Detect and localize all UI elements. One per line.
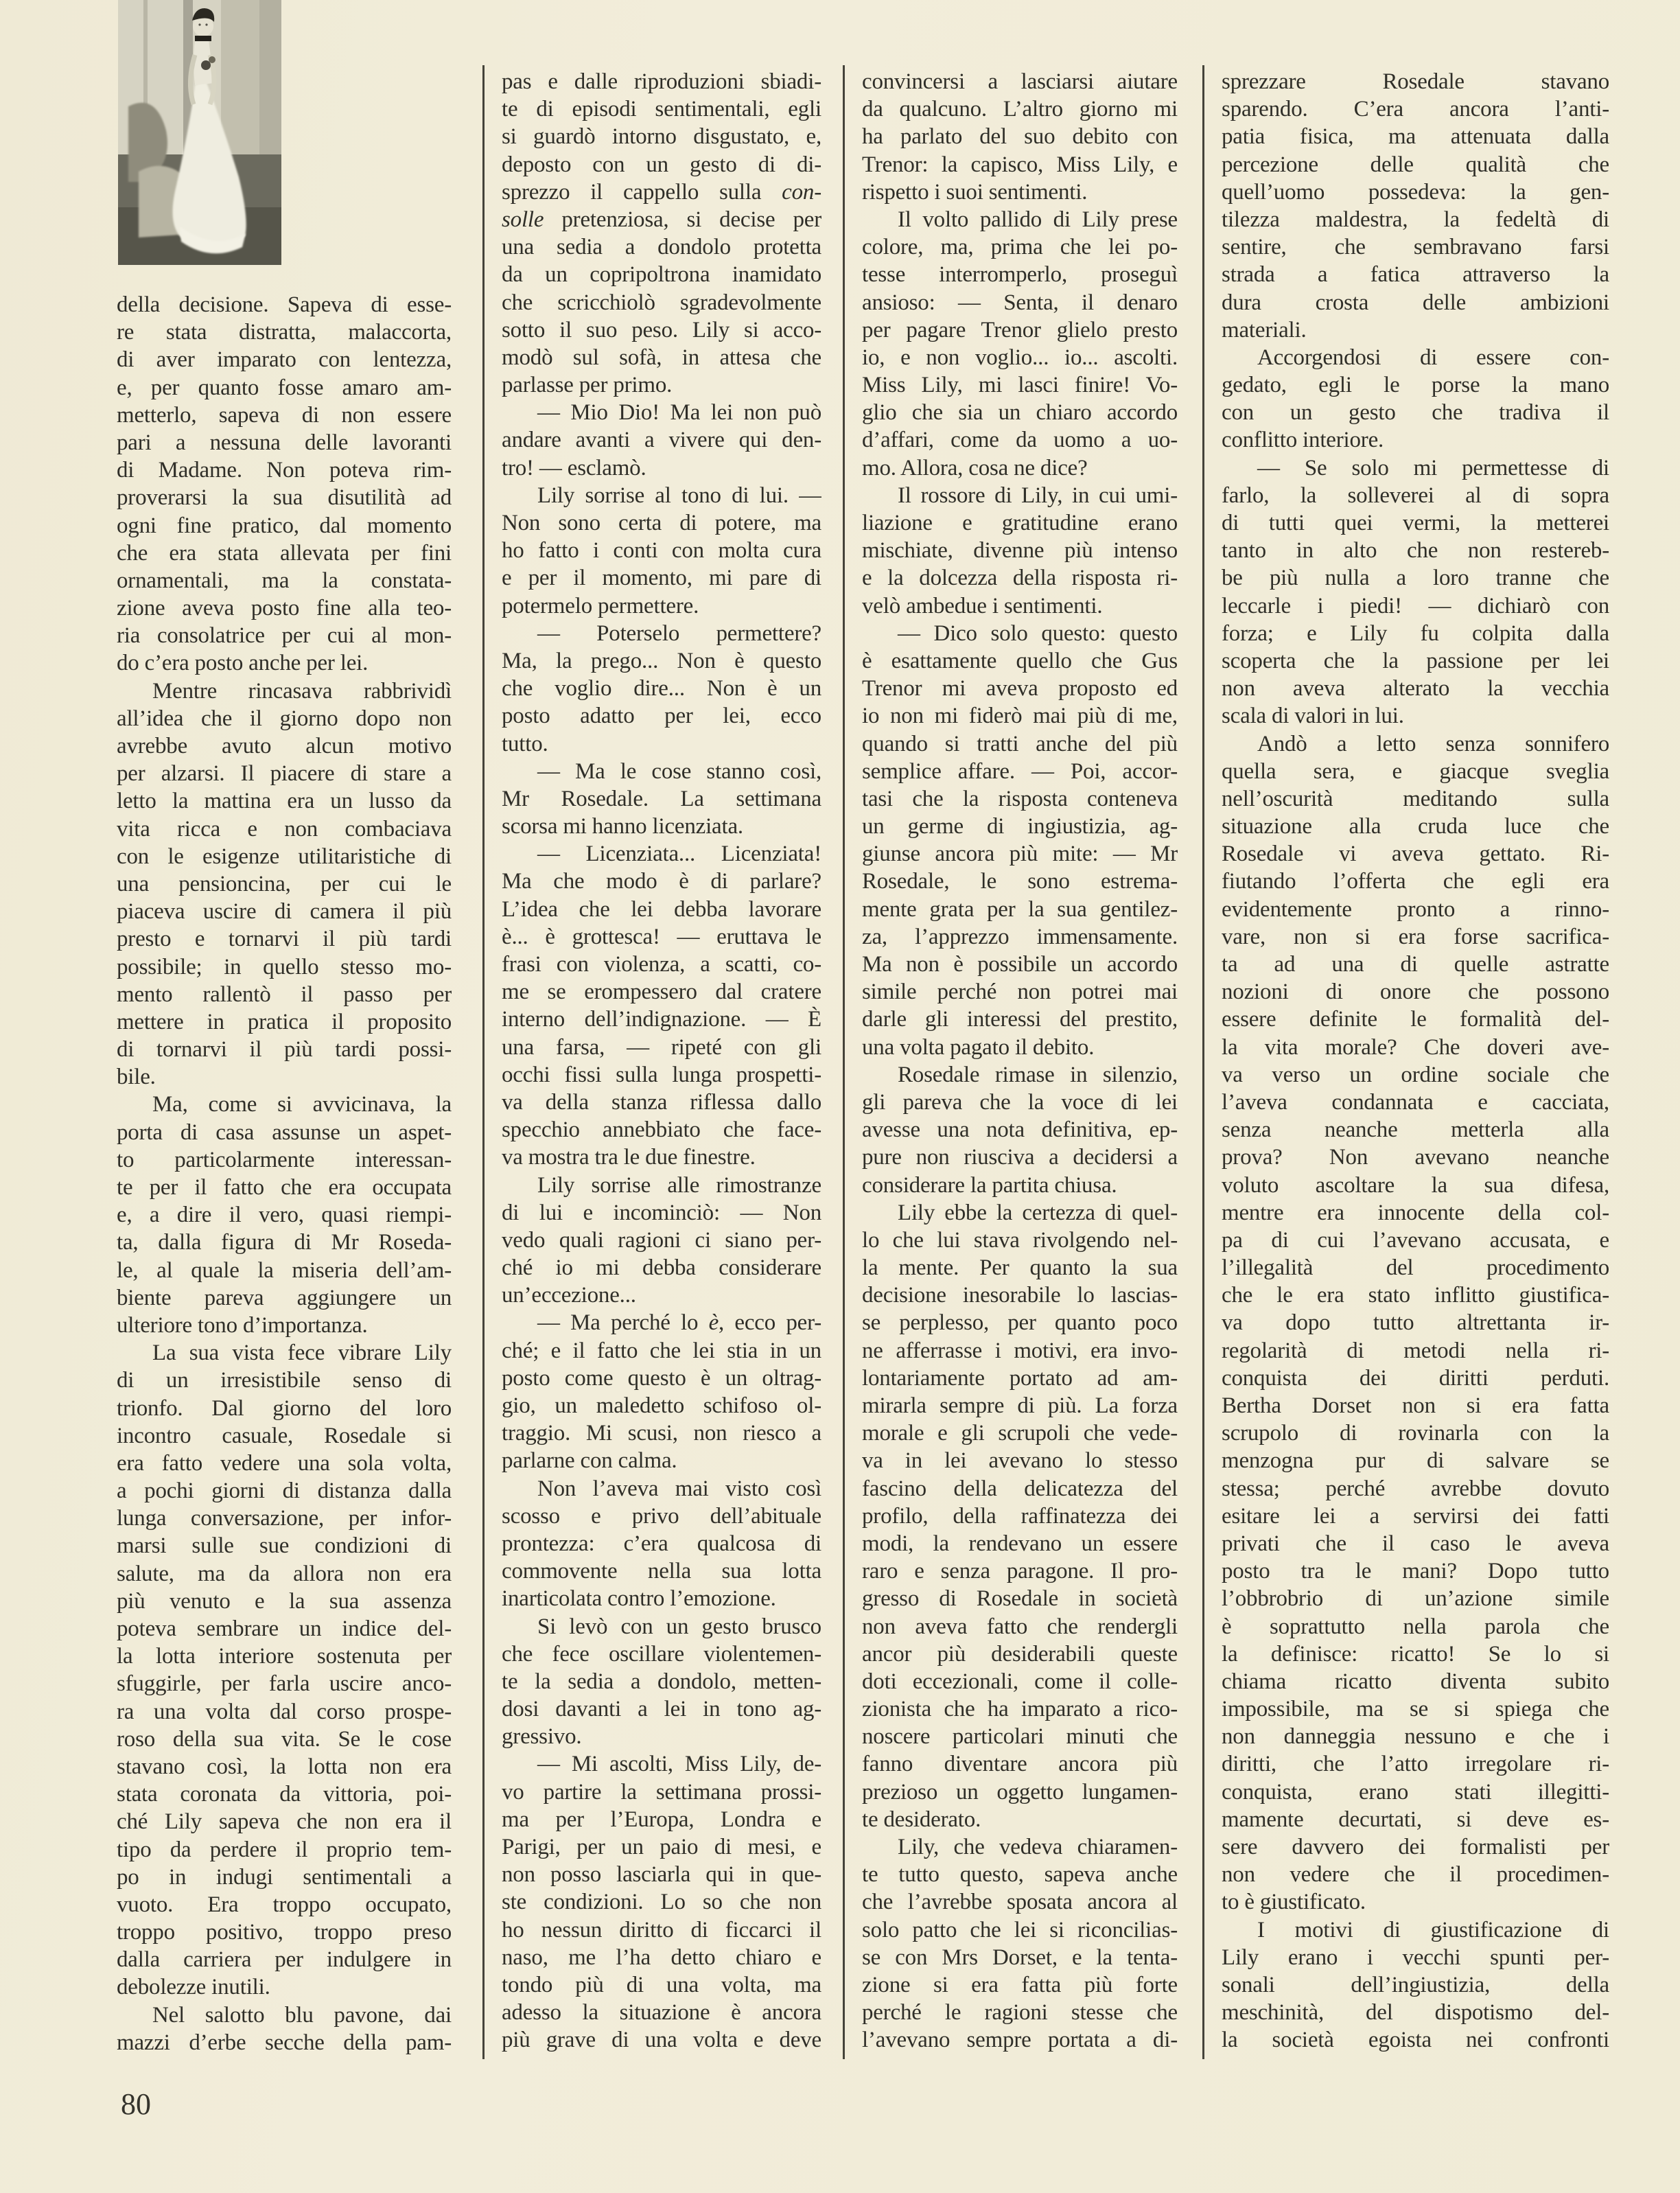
text-line: un germe di ingiustizia, ag- xyxy=(862,813,1178,840)
text-line: prezioso un oggetto lungamen- xyxy=(862,1778,1178,1806)
text-line: a pochi giorni di distanza dalla xyxy=(117,1477,452,1505)
text-line: to particolarmente interessan- xyxy=(117,1146,452,1174)
text-column-1: della decisione. Sapeva di esse-re stata… xyxy=(117,291,452,2056)
text-line: tondo più di una volta, ma xyxy=(502,1971,821,1999)
text-line: scoperta che la passione per lei xyxy=(1222,647,1609,675)
text-line: ria consolatrice per cui al mon- xyxy=(117,622,452,649)
text-line: va in lei avevano lo stesso xyxy=(862,1447,1178,1474)
text-line: presto e tornarvi il più tardi xyxy=(117,925,452,953)
text-line: che le era stato inflitto giustifica- xyxy=(1222,1281,1609,1309)
text-line: sotto il suo peso. Lily si acco- xyxy=(502,316,821,344)
text-line: tasi che la risposta conteneva xyxy=(862,785,1178,813)
text-line: nell’oscurità meditando sulla xyxy=(1222,785,1609,813)
text-line: più grave di una volta e deve xyxy=(502,2026,821,2054)
text-line: — Se solo mi permettesse di xyxy=(1222,454,1609,482)
paragraph: Lily sorrise alle rimostranzedi lui e in… xyxy=(502,1172,821,1310)
text-line: regolarità di metodi nella ri- xyxy=(1222,1337,1609,1365)
text-line: bile. xyxy=(117,1063,452,1091)
text-line: doti eccezionali, come il colle- xyxy=(862,1668,1178,1695)
text-line: lo che lui stava rivolgendo nel- xyxy=(862,1227,1178,1254)
text-line: la definisce: ricatto! Se lo si xyxy=(1222,1640,1609,1668)
text-line: ché Lily sapeva che non era il xyxy=(117,1808,452,1835)
text-line: senza neanche metterla alla xyxy=(1222,1116,1609,1144)
text-line: posto adatto per lei, ecco xyxy=(502,702,821,730)
text-line: io non mi fiderò mai più di me, xyxy=(862,702,1178,730)
text-line: sfuggirle, per farla uscire anco- xyxy=(117,1670,452,1697)
text-line: non danneggia nessuno e che i xyxy=(1222,1723,1609,1750)
text-line: po in indugi sentimentali a xyxy=(117,1864,452,1891)
text-line: letto la mattina era un lusso da xyxy=(117,787,452,815)
text-line: noscere particolari minuti che xyxy=(862,1723,1178,1750)
text-line: roso della sua vita. Se le cose xyxy=(117,1726,452,1753)
text-line: la mente. Per quanto la sua xyxy=(862,1254,1178,1281)
text-line: ste condizioni. Lo so che non xyxy=(502,1888,821,1916)
text-line: ho nessun diritto di ficcarci il xyxy=(502,1916,821,1944)
paragraph: Il rossore di Lily, in cui umi-liazione … xyxy=(862,482,1178,620)
text-line: ansioso: — Senta, il denaro xyxy=(862,289,1178,316)
text-line: diritti, che l’atto irregolare ri- xyxy=(1222,1750,1609,1778)
text-line: materiali. xyxy=(1222,316,1609,344)
text-line: ho fatto i conti con molta cura xyxy=(502,537,821,564)
text-line: conquista dei diritti perduti. xyxy=(1222,1365,1609,1392)
text-line: parlasse per primo. xyxy=(502,371,821,399)
text-line: di un irresistibile senso di xyxy=(117,1367,452,1394)
page-number: 80 xyxy=(121,2087,151,2122)
text-line: strada a fatica attraverso la xyxy=(1222,261,1609,288)
text-line: mirarla sempre di più. La forza xyxy=(862,1392,1178,1419)
text-line: te tutto questo, sapeva anche xyxy=(862,1861,1178,1888)
text-line: traggio. Mi scusi, non riesco a xyxy=(502,1419,821,1447)
text-line: una farsa, — ripeté con gli xyxy=(502,1034,821,1061)
text-line: è esattamente quello che Gus xyxy=(862,647,1178,675)
text-line: una pensioncina, per cui le xyxy=(117,870,452,898)
text-line: ulteriore tono d’importanza. xyxy=(117,1312,452,1339)
text-line: tilezza maldestra, la fedeltà di xyxy=(1222,206,1609,233)
text-line: Il rossore di Lily, in cui umi- xyxy=(862,482,1178,509)
paragraph: — Se solo mi permettesse difarlo, la sol… xyxy=(1222,454,1609,730)
text-line: più venuto e la sua assenza xyxy=(117,1588,452,1615)
text-line: vo partire la settimana prossi- xyxy=(502,1778,821,1806)
paragraph: Ma, come si avvicinava, laporta di casa … xyxy=(117,1091,452,1339)
text-line: della decisione. Sapeva di esse- xyxy=(117,291,452,318)
text-line: dalla carriera per indulgere in xyxy=(117,1946,452,1973)
text-line: — Mi ascolti, Miss Lily, de- xyxy=(502,1750,821,1778)
text-line: Si levò con un gesto brusco xyxy=(502,1613,821,1640)
text-line: proverarsi la sua disutilità ad xyxy=(117,484,452,511)
text-line: ha parlato del suo debito con xyxy=(862,123,1178,150)
text-line: piaceva uscire di camera il più xyxy=(117,898,452,925)
text-line: sparendo. C’era ancora l’anti- xyxy=(1222,95,1609,123)
paragraph: Accorgendosi di essere con-gedato, egli … xyxy=(1222,344,1609,454)
text-line: mo. Allora, cosa ne dice? xyxy=(862,454,1178,482)
text-line: tro! — esclamò. xyxy=(502,454,821,482)
paragraph: pas e dalle riproduzioni sbiadi-te di ep… xyxy=(502,68,821,399)
text-line: prova? Non avevano neanche xyxy=(1222,1144,1609,1171)
text-line: e per il momento, mi pare di xyxy=(502,564,821,592)
text-line: quando si tratti anche del più xyxy=(862,730,1178,758)
text-line: mischiate, divenne più intenso xyxy=(862,537,1178,564)
text-line: solle pretenziosa, si decise per xyxy=(502,206,821,233)
text-line: patia fisica, ma attenuata dalla xyxy=(1222,123,1609,150)
text-line: ta ad una di quelle astratte xyxy=(1222,951,1609,978)
paragraph: della decisione. Sapeva di esse-re stata… xyxy=(117,291,452,677)
text-line: farlo, la solleverei al di sopra xyxy=(1222,482,1609,509)
text-line: mentre era innocente della col- xyxy=(1222,1199,1609,1227)
text-line: che era stata allevata per fini xyxy=(117,539,452,567)
text-line: gio, un maledetto schifoso ol- xyxy=(502,1392,821,1419)
text-line: Parigi, per un paio di mesi, e xyxy=(502,1833,821,1861)
text-line: Il volto pallido di Lily prese xyxy=(862,206,1178,233)
text-line: di tornarvi il più tardi possi- xyxy=(117,1036,452,1063)
text-line: l’obbrobrio di un’azione simile xyxy=(1222,1585,1609,1612)
text-line: l’aveva condannata e cacciata, xyxy=(1222,1089,1609,1116)
text-line: da un copripoltrona inamidato xyxy=(502,261,821,288)
text-line: che fece oscillare violentemen- xyxy=(502,1640,821,1668)
text-line: una volta pagato il debito. xyxy=(862,1034,1178,1061)
text-line: tutto. xyxy=(502,730,821,758)
text-line: percezione delle qualità che xyxy=(1222,151,1609,178)
text-line: sere davvero dei formalisti per xyxy=(1222,1833,1609,1861)
text-line: considerare la partita chiusa. xyxy=(862,1172,1178,1199)
text-line: fascino della delicatezza del xyxy=(862,1475,1178,1502)
text-line: pa di cui l’avevano accusata, e xyxy=(1222,1227,1609,1254)
paragraph: — Ma le cose stanno così,Mr Rosedale. La… xyxy=(502,758,821,841)
text-line: — Mio Dio! Ma lei non può xyxy=(502,399,821,426)
text-line: Lily ebbe la certezza di quel- xyxy=(862,1199,1178,1227)
text-line: un’eccezione... xyxy=(502,1281,821,1309)
column-divider-1 xyxy=(482,65,485,2059)
text-line: conflitto interiore. xyxy=(1222,426,1609,454)
text-line: e, a dire il vero, quasi riempi- xyxy=(117,1201,452,1229)
text-line: ta, dalla figura di Mr Roseda- xyxy=(117,1229,452,1256)
text-line: Andò a letto senza sonnifero xyxy=(1222,730,1609,758)
text-line: ma per l’Europa, Londra e xyxy=(502,1806,821,1833)
text-line: solo patto che lei si riconcilias- xyxy=(862,1916,1178,1944)
text-line: Rosedale vi aveva gettato. Ri- xyxy=(1222,840,1609,868)
text-line: non posso lasciarla qui in que- xyxy=(502,1861,821,1888)
text-line: biente pareva aggiungere un xyxy=(117,1284,452,1312)
text-line: mamente decurtati, si deve es- xyxy=(1222,1806,1609,1833)
text-line: una sedia a dondolo protetta xyxy=(502,233,821,261)
text-line: zione si era fatta più forte xyxy=(862,1971,1178,1999)
text-line: Miss Lily, mi lasci finire! Vo- xyxy=(862,371,1178,399)
paragraph: — Mi ascolti, Miss Lily, de-vo partire l… xyxy=(502,1750,821,2054)
text-line: to è giustificato. xyxy=(1222,1888,1609,1916)
text-line: Trenor: la capisco, Miss Lily, e xyxy=(862,151,1178,178)
text-line: esitare lei a servirsi dei fatti xyxy=(1222,1502,1609,1530)
text-line: con le esigenze utilitaristiche di xyxy=(117,843,452,870)
text-line: Rosedale rimase in silenzio, xyxy=(862,1061,1178,1089)
text-line: pari a nessuna delle lavoranti xyxy=(117,429,452,456)
text-line: ancor più desiderabili queste xyxy=(862,1640,1178,1668)
text-line: che scricchiolò sgradevolmente xyxy=(502,289,821,316)
text-line: non aveva fatto che rendergli xyxy=(862,1613,1178,1640)
text-line: scala di valori in lui. xyxy=(1222,702,1609,730)
text-line: deposto con un gesto di di- xyxy=(502,151,821,178)
text-line: situazione alla cruda luce che xyxy=(1222,813,1609,840)
text-line: e, per quanto fosse amaro am- xyxy=(117,374,452,402)
text-line: va della stanza riflessa dallo xyxy=(502,1089,821,1116)
text-line: Lily, che vedeva chiaramen- xyxy=(862,1833,1178,1861)
text-line: L’idea che lei debba lavorare xyxy=(502,896,821,923)
text-line: Ma, la prego... Non è questo xyxy=(502,647,821,675)
text-line: dura crosta delle ambizioni xyxy=(1222,289,1609,316)
text-line: sprezzare Rosedale stavano xyxy=(1222,68,1609,95)
text-line: porta di casa assunse un aspet- xyxy=(117,1119,452,1146)
text-line: ché io mi debba considerare xyxy=(502,1254,821,1281)
text-line: lunga conversazione, per infor- xyxy=(117,1505,452,1532)
text-line: incontro casuale, Rosedale si xyxy=(117,1422,452,1450)
text-line: la società egoista nei confronti xyxy=(1222,2026,1609,2054)
text-line: le, al quale la miseria dell’am- xyxy=(117,1257,452,1284)
text-line: pas e dalle riproduzioni sbiadi- xyxy=(502,68,821,95)
text-line: zionista che ha imparato a rico- xyxy=(862,1695,1178,1723)
text-line: di Madame. Non poteva rim- xyxy=(117,456,452,484)
column-divider-2 xyxy=(843,65,845,2059)
text-line: Ma che modo è di parlare? xyxy=(502,868,821,895)
text-line: colore, ma, prima che lei po- xyxy=(862,233,1178,261)
text-line: chiama ricatto diventa subito xyxy=(1222,1668,1609,1695)
text-line: era fatto vedere una sola volta, xyxy=(117,1450,452,1477)
text-line: menzogna pur di salvare se xyxy=(1222,1447,1609,1474)
text-line: sprezzo il cappello sulla con- xyxy=(502,178,821,206)
text-line: liazione e gratitudine erano xyxy=(862,509,1178,537)
text-line: è soprattutto nella parola che xyxy=(1222,1613,1609,1640)
text-line: commovente nella sua lotta xyxy=(502,1557,821,1585)
text-line: Bertha Dorset non si era fatta xyxy=(1222,1392,1609,1419)
text-line: me se erompessero dal cratere xyxy=(502,978,821,1006)
text-column-2: pas e dalle riproduzioni sbiadi-te di ep… xyxy=(502,68,821,2054)
text-line: ra una volta dal corso prospe- xyxy=(117,1698,452,1726)
text-line: interno dell’indignazione. — È xyxy=(502,1006,821,1033)
text-line: posto come questo è un oltrag- xyxy=(502,1365,821,1392)
text-line: Ma, come si avvicinava, la xyxy=(117,1091,452,1118)
text-line: gli pareva che la voce di lei xyxy=(862,1089,1178,1116)
paragraph: Nel salotto blu pavone, daimazzi d’erbe … xyxy=(117,2001,452,2056)
text-line: ogni fine pratico, dal momento xyxy=(117,512,452,539)
text-line: te desiderato. xyxy=(862,1806,1178,1833)
text-line: scosso e privo dell’abituale xyxy=(502,1502,821,1530)
text-line: ne afferrasse i motivi, era invo- xyxy=(862,1337,1178,1365)
text-line: tesse interromperlo, proseguì xyxy=(862,261,1178,288)
text-line: evidentemente pronto a rinno- xyxy=(1222,896,1609,923)
text-line: specchio annebbiato che face- xyxy=(502,1116,821,1144)
text-line: raro e senza paragone. Il pro- xyxy=(862,1557,1178,1585)
text-line: morale e gli scrupoli che vede- xyxy=(862,1419,1178,1447)
text-line: — Ma perché lo è, ecco per- xyxy=(502,1309,821,1336)
text-line: per pagare Trenor glielo presto xyxy=(862,316,1178,344)
column-divider-3 xyxy=(1202,65,1204,2059)
text-line: Trenor mi aveva proposto ed xyxy=(862,675,1178,702)
text-line: vedo quali ragioni ci siano per- xyxy=(502,1227,821,1254)
text-line: la lotta interiore sostenuta per xyxy=(117,1643,452,1670)
text-line: mazzi d’erbe secche della pam- xyxy=(117,2029,452,2056)
text-line: dosi davanti a lei in tono ag- xyxy=(502,1695,821,1723)
text-line: va dopo tutto altrettanta ir- xyxy=(1222,1309,1609,1336)
text-line: avesse una nota definitiva, ep- xyxy=(862,1116,1178,1144)
text-line: mento rallentò il passo per xyxy=(117,981,452,1008)
text-line: tipo da perdere il proprio tem- xyxy=(117,1836,452,1864)
text-line: tanto in alto che non restereb- xyxy=(1222,537,1609,564)
text-line: do c’era posto anche per lei. xyxy=(117,649,452,677)
paragraph: Lily, che vedeva chiaramen-te tutto ques… xyxy=(862,1833,1178,2054)
text-line: gressivo. xyxy=(502,1723,821,1750)
text-line: nozioni di onore che possono xyxy=(1222,978,1609,1006)
text-line: io, e non voglio... io... ascolti. xyxy=(862,344,1178,371)
text-line: glio che sia un chiaro accordo xyxy=(862,399,1178,426)
text-line: la vita morale? Che doveri ave- xyxy=(1222,1034,1609,1061)
text-line: naso, me l’ha detto chiaro e xyxy=(502,1944,821,1971)
text-line: be più nulla a loro tranne che xyxy=(1222,564,1609,592)
text-line: simile perché non potrei mai xyxy=(862,978,1178,1006)
text-line: — Licenziata... Licenziata! xyxy=(502,840,821,868)
text-line: gedato, egli le porse la mano xyxy=(1222,371,1609,399)
text-line: se perplesso, per quanto poco xyxy=(862,1309,1178,1336)
text-line: fanno diventare ancora più xyxy=(862,1750,1178,1778)
text-line: da qualcuno. L’altro giorno mi xyxy=(862,95,1178,123)
text-line: ornamentali, ma la constata- xyxy=(117,567,452,594)
text-line: Non l’aveva mai visto così xyxy=(502,1475,821,1502)
text-line: giunse ancora più mite: — Mr xyxy=(862,840,1178,868)
text-line: leccarle i piedi! — dichiarò con xyxy=(1222,592,1609,620)
text-line: meschinità, del dispotismo del- xyxy=(1222,1999,1609,2026)
text-line: privati che il caso le aveva xyxy=(1222,1530,1609,1557)
paragraph: Lily sorrise al tono di lui. —Non sono c… xyxy=(502,482,821,620)
text-line: te la sedia a dondolo, metten- xyxy=(502,1668,821,1695)
text-line: essere definite le formalità del- xyxy=(1222,1006,1609,1033)
text-line: profilo, della raffinatezza dei xyxy=(862,1502,1178,1530)
text-line: metterlo, sapeva di non essere xyxy=(117,402,452,429)
text-line: I motivi di giustificazione di xyxy=(1222,1916,1609,1944)
paragraph: Andò a letto senza sonniferoquella sera,… xyxy=(1222,730,1609,1916)
text-line: si guardò intorno disgustato, e, xyxy=(502,123,821,150)
scanned-book-page: della decisione. Sapeva di esse-re stata… xyxy=(0,0,1680,2193)
text-line: Non sono certa di potere, ma xyxy=(502,509,821,537)
text-line: Nel salotto blu pavone, dai xyxy=(117,2001,452,2029)
portrait-illustration xyxy=(118,0,281,265)
text-line: che l’avrebbe sposata ancora al xyxy=(862,1888,1178,1916)
text-line: velò ambedue i sentimenti. xyxy=(862,592,1178,620)
paragraph: — Licenziata... Licenziata!Ma che modo è… xyxy=(502,840,821,1171)
text-line: stessa; perché avrebbe dovuto xyxy=(1222,1475,1609,1502)
text-line: te per il fatto che era occupata xyxy=(117,1174,452,1201)
text-line: La sua vista fece vibrare Lily xyxy=(117,1339,452,1367)
text-line: stata coronata da vittoria, poi- xyxy=(117,1780,452,1808)
text-line: — Poterselo permettere? xyxy=(502,620,821,647)
woman-in-white-gown-painting xyxy=(118,0,281,265)
paragraph: — Dico solo questo: questoè esattamente … xyxy=(862,620,1178,1061)
text-line: rispetto i suoi sentimenti. xyxy=(862,178,1178,206)
text-line: vare, non si era forse sacrifica- xyxy=(1222,923,1609,951)
text-line: se con Mrs Dorset, e la tenta- xyxy=(862,1944,1178,1971)
text-line: occhi fissi sulla lunga prospetti- xyxy=(502,1061,821,1089)
text-line: Accorgendosi di essere con- xyxy=(1222,344,1609,371)
text-line: Mentre rincasava rabbrividì xyxy=(117,677,452,705)
text-line: pure non riusciva a decidersi a xyxy=(862,1144,1178,1171)
text-line: quell’uomo possedeva: la gen- xyxy=(1222,178,1609,206)
text-line: impossibile, ma se si spiega che xyxy=(1222,1695,1609,1723)
text-line: non aveva alterato la vecchia xyxy=(1222,675,1609,702)
text-line: lontariamente portato ad am- xyxy=(862,1365,1178,1392)
text-line: vita ricca e non combaciava xyxy=(117,815,452,843)
text-line: perché le ragioni stesse che xyxy=(862,1999,1178,2026)
text-line: l’illegalità del procedimento xyxy=(1222,1254,1609,1281)
text-line: voluto ascoltare la sua difesa, xyxy=(1222,1172,1609,1199)
text-line: te di episodi sentimentali, egli xyxy=(502,95,821,123)
text-line: trionfo. Dal giorno del loro xyxy=(117,1395,452,1422)
text-line: posto tra le mani? Dopo tutto xyxy=(1222,1557,1609,1585)
paragraph: — Poterselo permettere?Ma, la prego... N… xyxy=(502,620,821,758)
text-line: darle gli interessi del prestito, xyxy=(862,1006,1178,1033)
text-line: marsi sulle sue condizioni di xyxy=(117,1532,452,1559)
text-line: con un gesto che tradiva il xyxy=(1222,399,1609,426)
text-line: gresso di Rosedale in società xyxy=(862,1585,1178,1612)
text-line: quella sera, e giacque sveglia xyxy=(1222,758,1609,785)
text-line: modò sul sofà, in attesa che xyxy=(502,344,821,371)
text-line: re stata distratta, malaccorta, xyxy=(117,318,452,346)
text-line: avrebbe avuto alcun motivo xyxy=(117,732,452,760)
text-line: stavano così, la lotta non era xyxy=(117,1753,452,1780)
text-line: mettere in pratica il proposito xyxy=(117,1008,452,1036)
text-line: Lily sorrise alle rimostranze xyxy=(502,1172,821,1199)
text-line: scorsa mi hanno licenziata. xyxy=(502,813,821,840)
text-line: semplice affare. — Poi, accor- xyxy=(862,758,1178,785)
text-line: l’avevano sempre portata a di- xyxy=(862,2026,1178,2054)
text-line: sentire, che sembravano farsi xyxy=(1222,233,1609,261)
text-line: parlarne con calma. xyxy=(502,1447,821,1474)
text-line: Mr Rosedale. La settimana xyxy=(502,785,821,813)
text-line: Ma non è possibile un accordo xyxy=(862,951,1178,978)
text-line: debolezze inutili. xyxy=(117,1973,452,2001)
paragraph: Si levò con un gesto bruscoche fece osci… xyxy=(502,1613,821,1751)
paragraph: Mentre rincasava rabbrividìall’idea che … xyxy=(117,677,452,1091)
text-line: Lily sorrise al tono di lui. — xyxy=(502,482,821,509)
text-line: all’idea che il giorno dopo non xyxy=(117,705,452,732)
text-line: — Ma le cose stanno così, xyxy=(502,758,821,785)
text-line: è... è grottesca! — eruttava le xyxy=(502,923,821,951)
text-line: troppo positivo, troppo preso xyxy=(117,1918,452,1946)
text-line: fiutando l’offerta che egli era xyxy=(1222,868,1609,895)
text-line: za, l’apprezzo immensamente. xyxy=(862,923,1178,951)
text-line: frasi con violenza, a scatti, co- xyxy=(502,951,821,978)
text-line: Lily erano i vecchi spunti per- xyxy=(1222,1944,1609,1971)
paragraph: — Mio Dio! Ma lei non puòandare avanti a… xyxy=(502,399,821,482)
paragraph: convincersi a lasciarsi aiutareda qualcu… xyxy=(862,68,1178,206)
text-line: va mostra tra le due finestre. xyxy=(502,1144,821,1171)
paragraph: I motivi di giustificazione diLily erano… xyxy=(1222,1916,1609,2054)
text-line: zione aveva posto fine alla teo- xyxy=(117,594,452,622)
text-line: conquista, erano stati illegitti- xyxy=(1222,1778,1609,1806)
text-line: adesso la situazione è ancora xyxy=(502,1999,821,2026)
text-line: ché; e il fatto che lei stia in un xyxy=(502,1337,821,1365)
text-column-3: convincersi a lasciarsi aiutareda qualcu… xyxy=(862,68,1178,2054)
paragraph: Lily ebbe la certezza di quel-lo che lui… xyxy=(862,1199,1178,1833)
text-line: sonali dell’ingiustizia, della xyxy=(1222,1971,1609,1999)
text-line: di lui e incominciò: — Non xyxy=(502,1199,821,1227)
paragraph: Il volto pallido di Lily presecolore, ma… xyxy=(862,206,1178,482)
text-line: possibile; in quello stesso mo- xyxy=(117,953,452,981)
text-line: andare avanti a vivere qui den- xyxy=(502,426,821,454)
text-line: inarticolata contro l’emozione. xyxy=(502,1585,821,1612)
text-line: potermelo permettere. xyxy=(502,592,821,620)
text-line: — Dico solo questo: questo xyxy=(862,620,1178,647)
text-column-4: sprezzare Rosedale stavanosparendo. C’er… xyxy=(1222,68,1609,2054)
text-line: mente grata per la sua gentilez- xyxy=(862,896,1178,923)
paragraph: Non l’aveva mai visto cosìscosso e privo… xyxy=(502,1475,821,1613)
text-line: e la dolcezza della risposta ri- xyxy=(862,564,1178,592)
text-line: forza; e Lily fu colpita dalla xyxy=(1222,620,1609,647)
text-line: per alzarsi. Il piacere di stare a xyxy=(117,760,452,787)
